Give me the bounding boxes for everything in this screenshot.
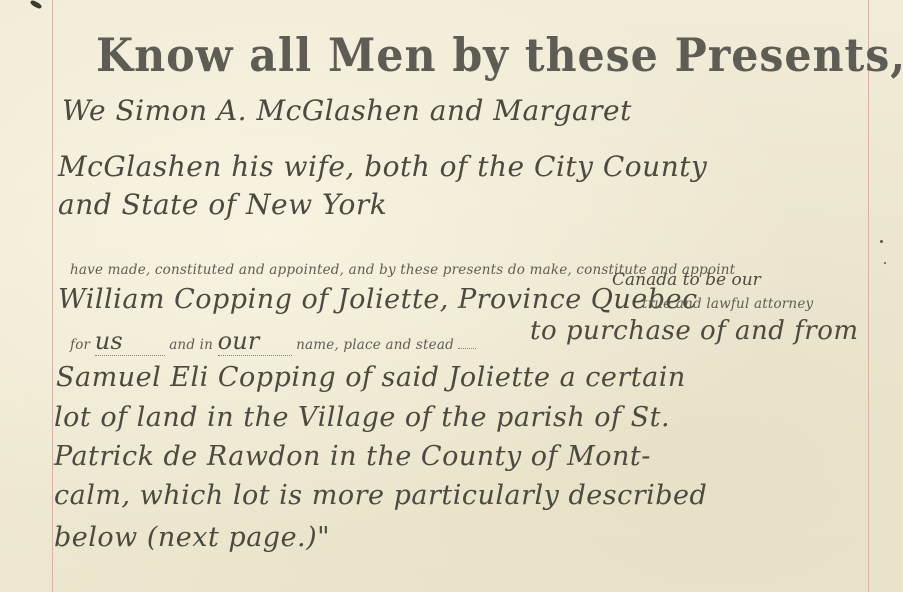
purpose-line-4: Patrick de Rawdon in the County of Mont- <box>54 441 651 472</box>
document-heading: Know all Men by these Presents,That <box>96 28 903 82</box>
purpose-line-6: below (next page.)" <box>54 522 330 553</box>
document-page: Know all Men by these Presents,That We S… <box>0 0 903 592</box>
purpose-line-5: calm, which lot is more particularly des… <box>54 480 707 511</box>
right-margin-line <box>868 0 869 592</box>
attorney-name: William Copping of Joliette, Province Qu… <box>58 284 698 315</box>
for-label: for <box>70 337 90 353</box>
grantors-line-1: We Simon A. McGlashen and Margaret <box>62 94 632 127</box>
ink-blot <box>30 0 43 10</box>
name-place-stead-label: name, place and stead <box>296 337 454 353</box>
and-in-fill-value: our <box>218 327 260 355</box>
purpose-line-2: Samuel Eli Copping of said Joliette a ce… <box>56 362 686 393</box>
for-line: for us and in our name, place and stead <box>70 327 476 356</box>
ink-speck <box>884 262 886 264</box>
attorney-insert-above: Canada to be our <box>612 270 761 290</box>
ink-speck <box>880 240 883 243</box>
purpose-line-3: lot of land in the Village of the parish… <box>54 402 670 433</box>
for-fill-field: us <box>95 327 165 356</box>
heading-title: Know all Men by these Presents, <box>96 28 903 82</box>
and-in-fill-field: our <box>218 327 292 356</box>
grantors-line-2: McGlashen his wife, both of the City Cou… <box>58 150 707 183</box>
grantors-line-3: and State of New York <box>58 188 387 221</box>
for-fill-value: us <box>95 327 123 355</box>
and-in-label: and in <box>169 337 213 353</box>
left-margin-line <box>52 0 53 592</box>
stead-fill-field <box>458 348 476 349</box>
attorney-clause: true and lawful attorney <box>642 296 813 312</box>
purpose-line-1: to purchase of and from <box>530 316 859 346</box>
